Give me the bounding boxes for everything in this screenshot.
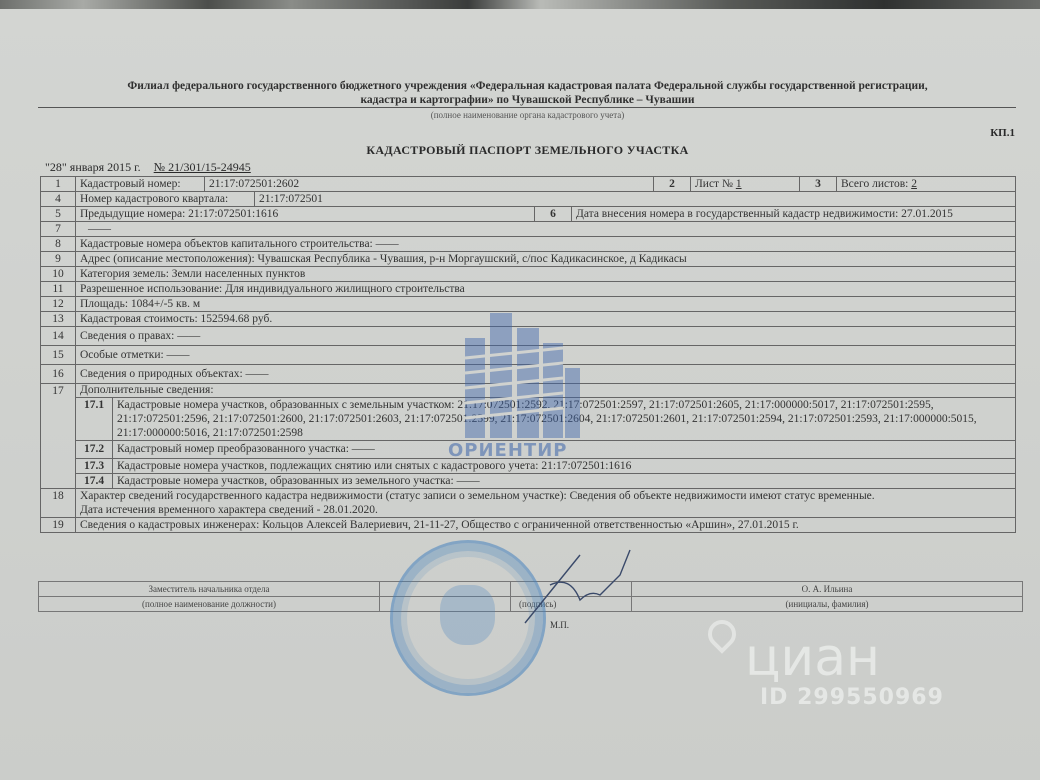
table-row: 19Сведения о кадастровых инженерах: Коль… (41, 518, 1016, 533)
data-status-line1: Характер сведений государственного кадас… (80, 489, 1011, 503)
table-row: 10Категория земель: Земли населенных пун… (41, 267, 1016, 282)
cadastral-number-value: 21:17:072501:2602 (205, 177, 654, 191)
quarter-value: 21:17:072501 (255, 192, 1016, 206)
row-number: 16 (41, 365, 76, 384)
org-name-line2: кадастра и картографии» по Чувашской Рес… (40, 94, 1015, 106)
table-row: 4 Номер кадастрового квартала: 21:17:072… (41, 192, 1016, 207)
official-position: Заместитель начальника отдела (39, 582, 380, 597)
row-7-value: —— (76, 222, 1016, 237)
row-number: 17.3 (76, 459, 113, 474)
document-number: № 21/301/15-24945 (154, 160, 251, 174)
document-title: КАДАСТРОВЫЙ ПАСПОРТ ЗЕМЕЛЬНОГО УЧАСТКА (40, 143, 1015, 158)
data-status-line2: Дата истечения временного характера свед… (80, 503, 1011, 517)
table-row: 9Адрес (описание местоположения): Чувашс… (41, 252, 1016, 267)
table-row: 11Разрешенное использование: Для индивид… (41, 282, 1016, 297)
background-strip (0, 0, 1040, 9)
row-number: 4 (41, 192, 76, 207)
table-row: 18 Характер сведений государственного ка… (41, 489, 1016, 518)
row-number: 19 (41, 518, 76, 533)
coat-of-arms-icon (440, 585, 495, 645)
row-number: 12 (41, 297, 76, 312)
table-row: 1 Кадастровый номер: 21:17:072501:2602 2… (41, 177, 1016, 192)
registration-date: Дата внесения номера в государственный к… (572, 207, 1016, 221)
sheet-number: Лист № 1 (691, 177, 800, 191)
row-number: 17 (41, 384, 76, 489)
row-number: 3 (800, 177, 837, 191)
row-number: 5 (41, 207, 76, 222)
row-number: 1 (41, 177, 76, 192)
form-code: КП.1 (990, 127, 1015, 139)
position-caption: (полное наименование должности) (39, 597, 380, 612)
table-row: 5 Предыдущие номера: 21:17:072501:1616 6… (41, 207, 1016, 222)
orientir-watermark-text: ОРИЕНТИР (448, 440, 567, 461)
name-caption: (инициалы, фамилия) (632, 597, 1023, 612)
document-date-line: "28" января 2015 г. № 21/301/15-24945 (45, 160, 251, 175)
cadastral-number-label: Кадастровый номер: (76, 177, 205, 191)
total-sheets: Всего листов: 2 (837, 177, 1016, 191)
data-status: Характер сведений государственного кадас… (76, 489, 1016, 518)
table-row: 7—— (41, 222, 1016, 237)
row-number: 15 (41, 346, 76, 365)
row-number: 10 (41, 267, 76, 282)
official-name: О. А. Ильина (632, 582, 1023, 597)
signature-icon (520, 545, 640, 625)
capital-objects: Кадастровые номера объектов капитального… (76, 237, 1016, 252)
formed-from-parcels: Кадастровые номера участков, образованны… (113, 474, 1016, 489)
previous-numbers: Предыдущие номера: 21:17:072501:1616 (76, 207, 535, 221)
table-row: 8Кадастровые номера объектов капитальног… (41, 237, 1016, 252)
row-number: 6 (535, 207, 572, 221)
row-number: 17.1 (76, 398, 113, 441)
row-number: 11 (41, 282, 76, 297)
permitted-use: Разрешенное использование: Для индивидуа… (76, 282, 1016, 297)
row-number: 17.2 (76, 441, 113, 459)
row-number: 7 (41, 222, 76, 237)
land-category: Категория земель: Земли населенных пункт… (76, 267, 1016, 282)
quarter-label: Номер кадастрового квартала: (76, 192, 255, 206)
org-caption: (полное наименование органа кадастрового… (40, 110, 1015, 120)
listing-id-watermark: ID 299550969 (760, 685, 944, 710)
row-number: 18 (41, 489, 76, 518)
row-number: 2 (654, 177, 691, 191)
org-underline (38, 107, 1016, 108)
row-number: 17.4 (76, 474, 113, 489)
address: Адрес (описание местоположения): Чувашск… (76, 252, 1016, 267)
cian-watermark: циан (745, 628, 880, 688)
row-number: 9 (41, 252, 76, 267)
cadastral-engineers: Сведения о кадастровых инженерах: Кольцо… (76, 518, 1016, 533)
document-date: "28" января 2015 г. (45, 160, 141, 174)
org-name-line1: Филиал федерального государственного бюд… (40, 80, 1015, 92)
row-number: 8 (41, 237, 76, 252)
row-number: 13 (41, 312, 76, 327)
row-number: 14 (41, 327, 76, 346)
